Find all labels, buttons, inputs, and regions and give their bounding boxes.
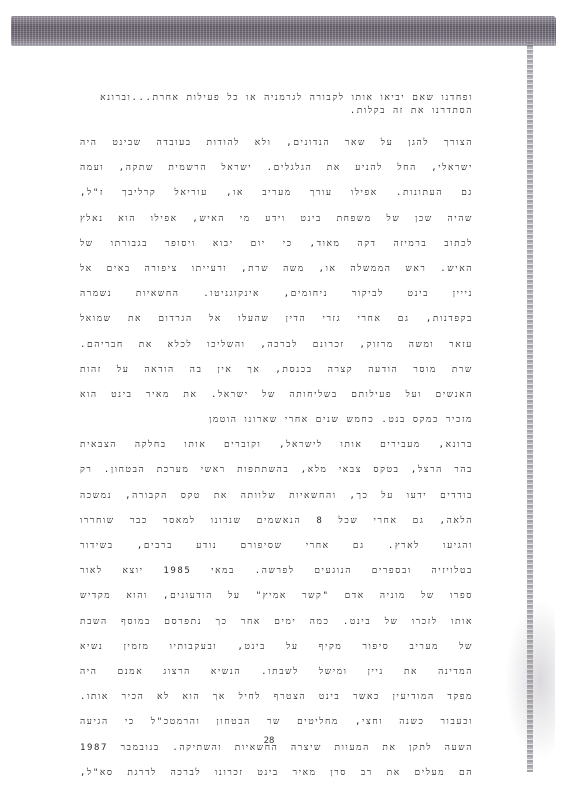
text-line: בודדים ידעו על כך, והחשאיות שלוותה את טק…: [80, 484, 473, 509]
intro-line: הסתדרנו את זה בקלות.: [80, 105, 473, 118]
text-line: מפקד המודיעין כאשר בינט הצטרף לחיל אך הו…: [80, 685, 473, 710]
text-line: גם העתונות. אפילו עורך מעריב או, עוריאל …: [80, 181, 473, 206]
text-line: של מעריב סיפור מקיף על בינט, ובעקבותיו מ…: [80, 635, 473, 660]
text-line: הצורך להגן על שאר הנדונים, ולא להודות בע…: [80, 131, 473, 156]
text-line: הלאה, גם אחרי שכל 8 הנאשמים שנדונו למאסר…: [80, 509, 473, 534]
text-line: הם מעלים את רב סרן מאיר בינט זכרונו לברכ…: [80, 761, 473, 786]
text-line: לכתוב ברמיזה דקה מאוד, כי יום יבוא ויסופ…: [80, 232, 473, 257]
text-line: אותו לזכרו של בינט. כמה ימים אחר כך נתפר…: [80, 610, 473, 635]
text-line: וכעבור כשנה וחצי, מחליטים שר הבטחון והרמ…: [80, 710, 473, 735]
text-line: נייין בינט לביקור ניחומים, אינקוגניטו. ה…: [80, 282, 473, 307]
text-line: מזכיר כמקס בנט. כחמש שנים אחרי שארונו הו…: [80, 408, 473, 433]
intro-line: ופחדנו שאם יביאו אותו לקבורה לגרמניה או …: [80, 92, 473, 105]
text-line: שהיה שכן של משפחת בינט וידע מי האיש, אפי…: [80, 207, 473, 232]
scan-noise-band: [11, 16, 556, 46]
text-line: בטלויזיה ובספרים הנוגעים לפרשה. במאי 198…: [80, 559, 473, 584]
text-line: ישראלי, החל להניע את הגלגלים. ישראל הרשמ…: [80, 156, 473, 181]
text-line: האנשים ועל פעילותם בשליחותה של ישראל. את…: [80, 383, 473, 408]
text-line: והגיעו לארץ. גם אחרי שסיפורם נודע ברבים,…: [80, 534, 473, 559]
text-line: האיש. ראש הממשלה או, משה שרת, ורעייתו צי…: [80, 257, 473, 282]
text-line: שרת מוסר הודעה קצרה בכנסת, אך אין בה הוד…: [80, 358, 473, 383]
text-line: בהר הרצל, בטקס צבאי מלא, בהשתתפות ראשי מ…: [80, 458, 473, 483]
document-text: ופחדנו שאם יביאו אותו לקבורה לגרמניה או …: [80, 92, 473, 786]
text-line: ברונא, מעבירים אותו לישראל, וקוברים אותו…: [80, 433, 473, 458]
text-line: המדינה את ניין ומישל לשבתו. הנשיא הרצוג …: [80, 660, 473, 685]
text-line: ספרו של מוניה אדם "קשר אמיץ" על הודעונים…: [80, 584, 473, 609]
body-paragraph: הצורך להגן על שאר הנדונים, ולא להודות בע…: [80, 131, 473, 786]
page-number: 28: [254, 736, 284, 746]
text-line: בקפדנות, גם אחרי גזרי הדין שהעלו אל הגרד…: [80, 307, 473, 332]
text-line: עזאר ומשה מרזוק, זכרונם לברכה, והשליכו ל…: [80, 333, 473, 358]
scan-smudge: [505, 600, 555, 760]
